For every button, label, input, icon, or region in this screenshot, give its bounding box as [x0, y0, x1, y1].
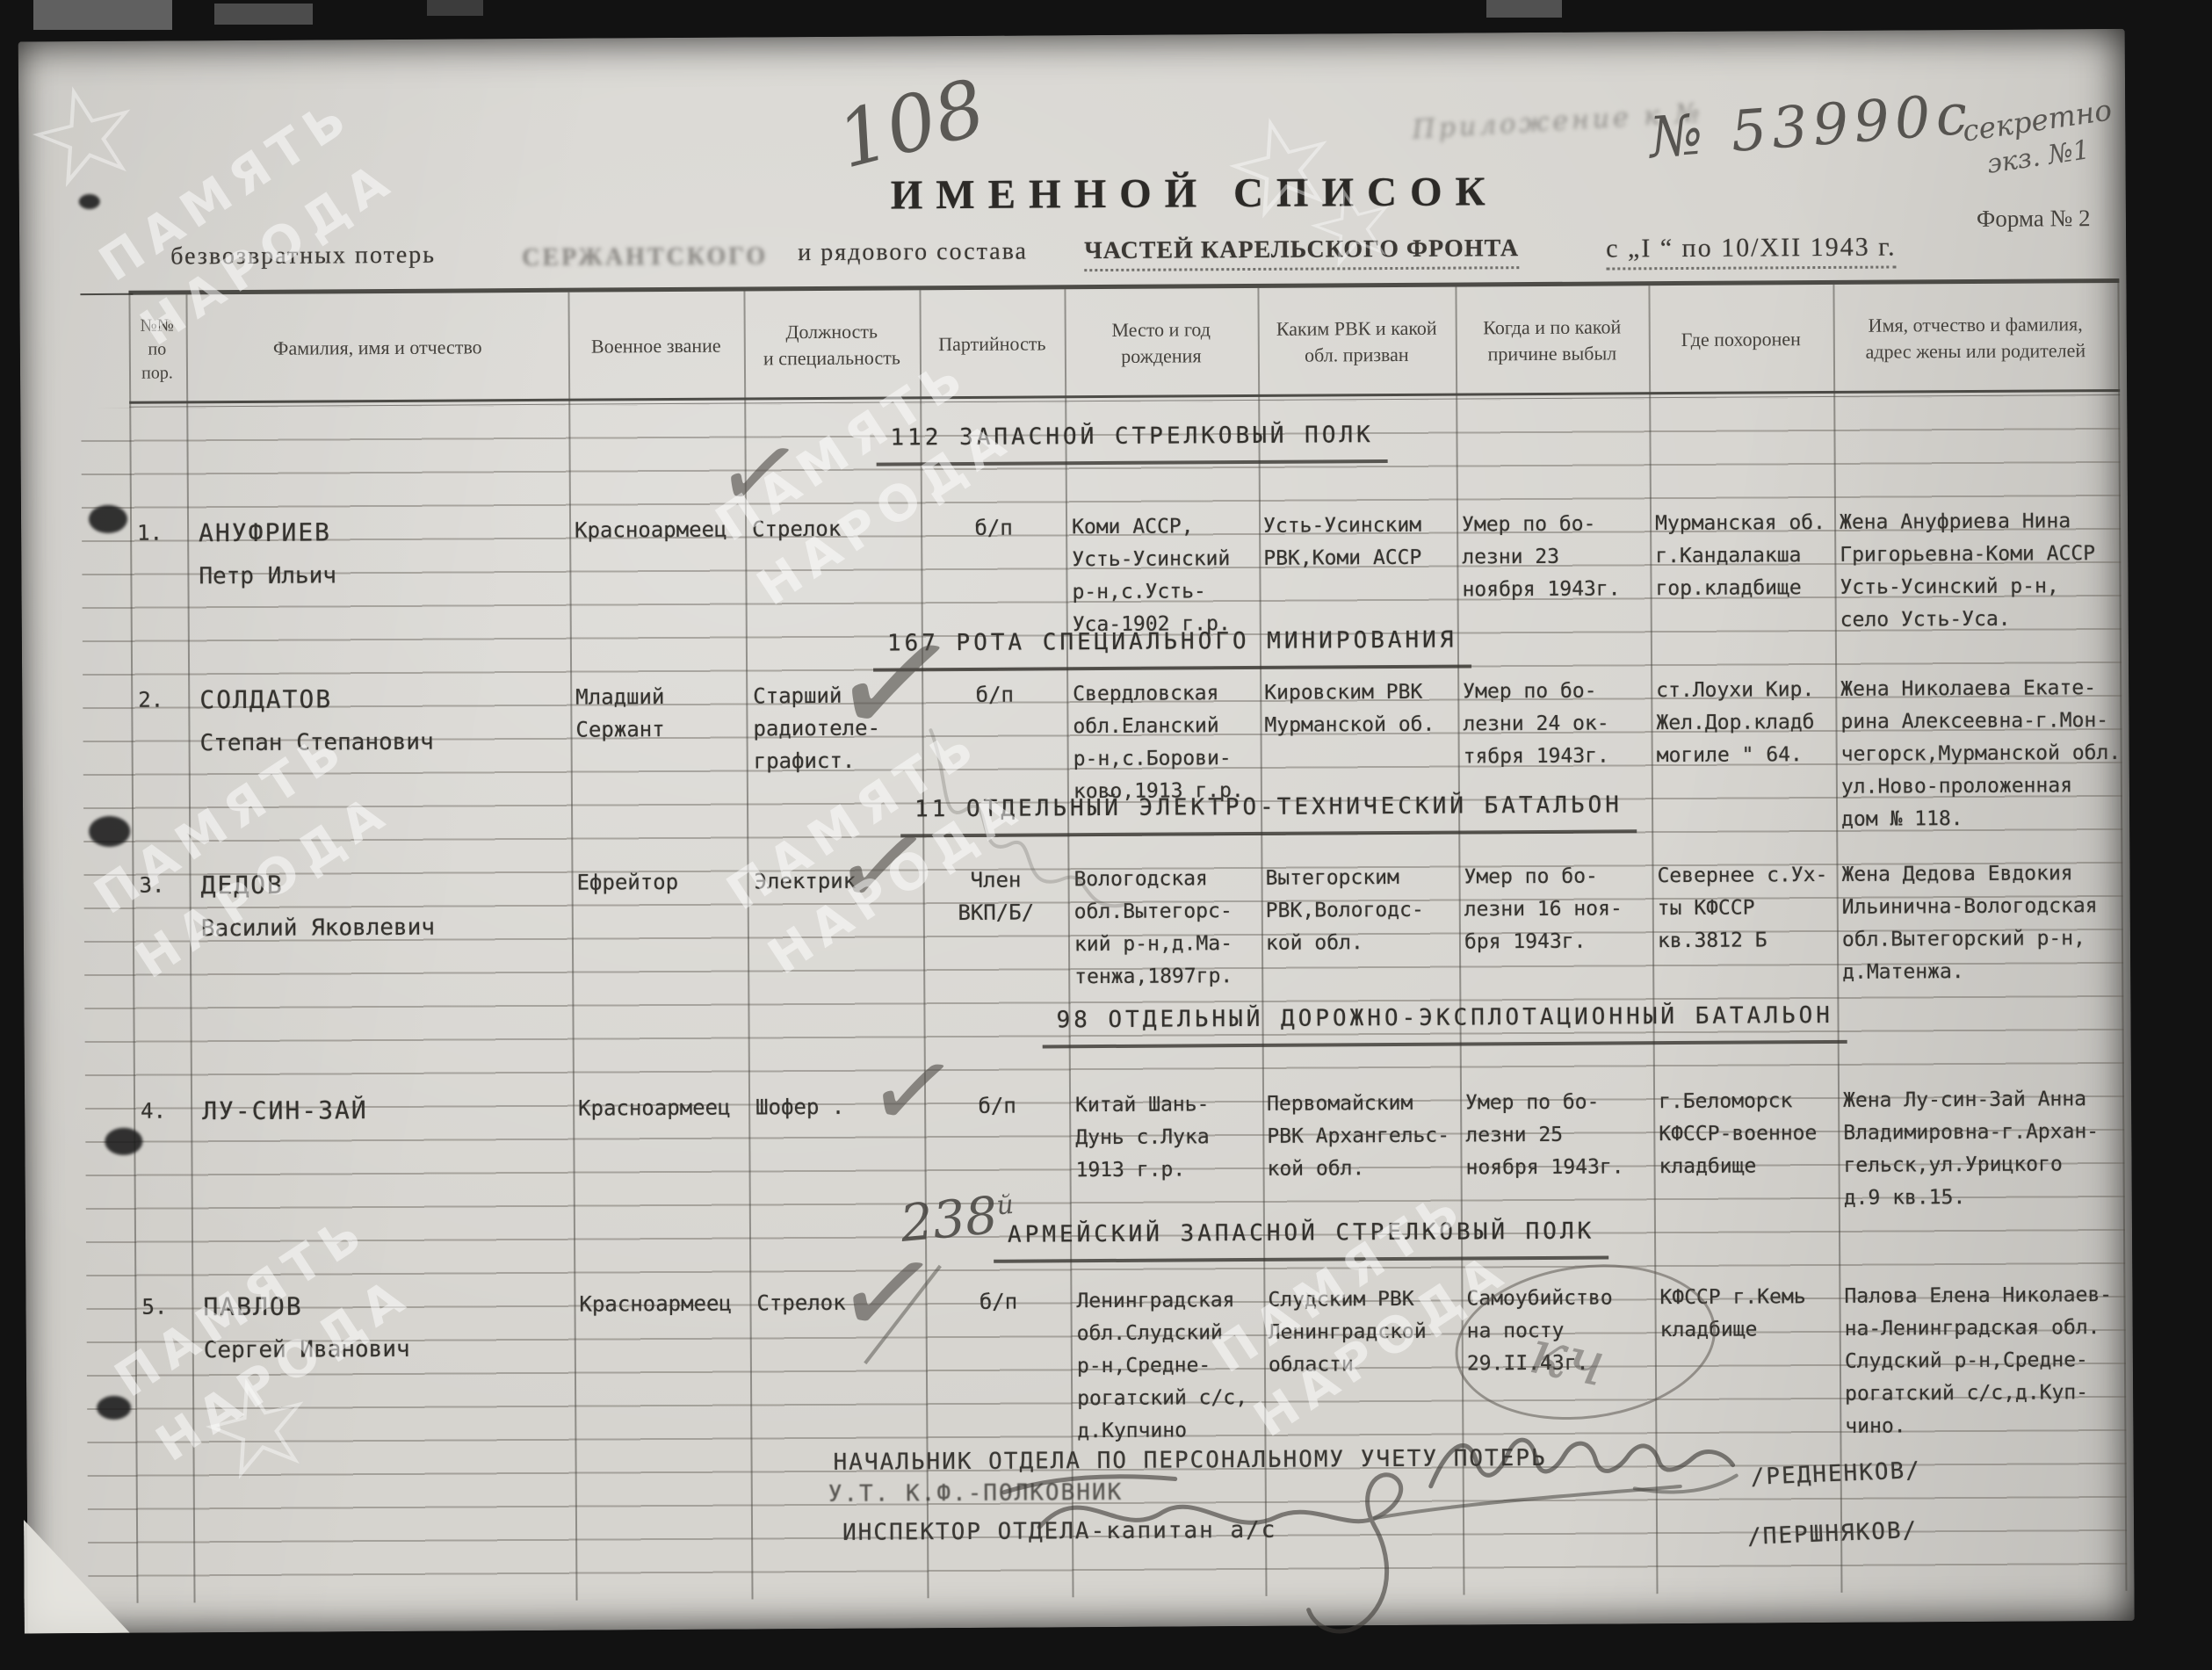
subtitle-middle: и рядового состава	[798, 238, 1028, 268]
draft-office: Кировским РВК Мурманской об.	[1264, 676, 1456, 742]
draft-office: Слудским РВК Ленинградской области	[1268, 1283, 1460, 1382]
row-number: 1.	[137, 517, 185, 549]
column-header-casualty: Когда и по какой причине выбыл	[1457, 290, 1647, 391]
unit-section-heading: 112 ЗАПАСНОЙ СТРЕЛКОВЫЙ ПОЛК	[876, 422, 1388, 466]
burial-place: ст.Лоухи Кир. Жел.Дор.кладб могиле " 64.	[1656, 674, 1834, 772]
row-number: 4.	[141, 1095, 189, 1127]
punch-hole	[105, 1128, 142, 1155]
family-address: Жена Ануфриева Нина Григорьевна-Коми АСС…	[1840, 505, 2122, 637]
draft-office: Вытегорским РВК,Вологодс- кой обл.	[1265, 862, 1457, 960]
soldier-name: Василий Яковлевич	[201, 911, 566, 946]
form-number-label: Форма № 2	[1977, 205, 2091, 233]
burial-place: Мурманская об. г.Кандалакша гор.кладбище	[1655, 507, 1833, 605]
soldier-name: Сергей Иванович	[204, 1333, 568, 1368]
column-header-burial: Где похоронен	[1650, 289, 1832, 390]
burial-place: г.Беломорск КФССР-военное кладбище	[1659, 1085, 1837, 1183]
soldier-name: Петр Ильич	[199, 559, 563, 594]
punch-hole	[79, 194, 100, 209]
burial-place: Севернее с.Ух- ты КФССР кв.3812 Б	[1657, 859, 1835, 958]
column-header-rank: Военное звание	[569, 296, 742, 397]
scan-artifact	[33, 0, 172, 30]
reporting-period: с „I “ по 10/XII 1943 г.	[1606, 232, 1897, 270]
column-header-family: Имя, отчество и фамилия, адрес жены или …	[1834, 287, 2116, 389]
military-rank: Ефрейтор	[576, 866, 743, 900]
pencil-note: кч	[1523, 1315, 1611, 1401]
punch-hole	[97, 1396, 131, 1420]
party-status: б/п	[928, 511, 1059, 545]
column-header-draft-office: Каким РВК и какой обл. призван	[1259, 292, 1454, 393]
column-header-number: №№ по пор.	[130, 299, 184, 399]
family-address: Жена Дедова Евдокия Ильинична-Вологодска…	[1841, 857, 2123, 989]
pencil-scribble	[913, 703, 1160, 933]
row-number: 5.	[141, 1290, 190, 1323]
scan-artifact	[1486, 0, 1562, 18]
table-row: 4. ЛУ-СИН-ЗАЙ Красноармеец Шофер . б/п К…	[2, 1082, 2212, 1280]
scanned-document-page: 108 Приложение к № № 53990с секретно экз…	[0, 0, 2212, 1670]
scan-artifact	[214, 4, 313, 25]
soldier-name: Степан Степанович	[199, 726, 564, 761]
subtitle-unit-name: ЧАСТЕЙ КАРЕЛЬСКОГО ФРОНТА	[1084, 235, 1519, 271]
row-number: 3.	[139, 869, 187, 901]
birthplace: Коми АССР, Усть-Усинский р-н,с.Усть- Уса…	[1072, 510, 1257, 641]
family-address: Жена Николаева Екате- рина Алексеевна-г.…	[1840, 672, 2122, 836]
family-address: Жена Лу-син-Зай Анна Владимировна-г.Арха…	[1843, 1083, 2125, 1215]
punch-hole	[89, 816, 130, 847]
soldier-surname: ЛУ-СИН-ЗАЙ	[202, 1093, 567, 1128]
handwritten-signature-2	[977, 1439, 1699, 1663]
table-top-border-ext	[80, 293, 133, 295]
pencil-checkmark-icon: ✓	[860, 1031, 965, 1151]
casualty-cause: Умер по бо- лезни 24 ок- тября 1943г.	[1463, 675, 1648, 773]
regiment-number-suffix: й	[995, 1189, 1016, 1222]
military-rank: Младший Сержант	[575, 681, 742, 747]
soldier-surname: ПАВЛОВ	[203, 1289, 567, 1324]
draft-office: Усть-Усинским РВК,Коми АССР	[1263, 510, 1455, 575]
column-header-party: Партийность	[921, 293, 1063, 394]
soldier-surname: СОЛДАТОВ	[199, 682, 564, 717]
paper-content: 108 Приложение к № № 53990с секретно экз…	[0, 0, 2212, 1670]
row-number: 2.	[138, 683, 186, 716]
punch-hole	[89, 505, 127, 533]
draft-office: Первомайским РВК Архангельс- кой обл.	[1267, 1088, 1459, 1186]
pencil-checkmark-icon: ✓	[710, 418, 810, 531]
birthplace: Ленинградская обл.Слудский р-н,Средне- р…	[1076, 1284, 1261, 1448]
military-rank: Красноармеец	[578, 1092, 745, 1125]
casualty-cause: Умер по бо- лезни 23 ноября 1943г.	[1462, 508, 1647, 606]
soldier-surname: АНУФРИЕВ	[199, 515, 563, 550]
pencil-checkmark-icon: ✓	[828, 1226, 948, 1363]
column-header-position: Должность и специальность	[745, 294, 918, 395]
family-address: Палова Елена Николаев- на-Ленинградская …	[1844, 1279, 2126, 1443]
casualty-cause: Умер по бо- лезни 25 ноября 1943г.	[1465, 1086, 1651, 1184]
soldier-surname: ДЕДОВ	[200, 867, 565, 902]
birthplace: Китай Шань- Дунь с.Лука 1913 г.р.	[1075, 1088, 1261, 1187]
military-rank: Красноармеец	[579, 1288, 746, 1321]
column-header-birthplace: Место и год рождения	[1066, 293, 1256, 394]
column-header-fullname: Фамилия, имя и отчество	[188, 297, 567, 400]
subtitle-prefix: безвозвратных потерь	[170, 242, 436, 271]
casualty-cause: Умер по бо- лезни 16 ноя- бря 1943г.	[1464, 860, 1649, 958]
subtitle-stamped-word: СЕРЖАНТСКОГО	[522, 242, 768, 272]
scan-artifact	[427, 0, 483, 16]
page-title: ИМЕННОЙ СПИСОК	[891, 168, 1499, 219]
party-status: б/п	[932, 1285, 1064, 1319]
